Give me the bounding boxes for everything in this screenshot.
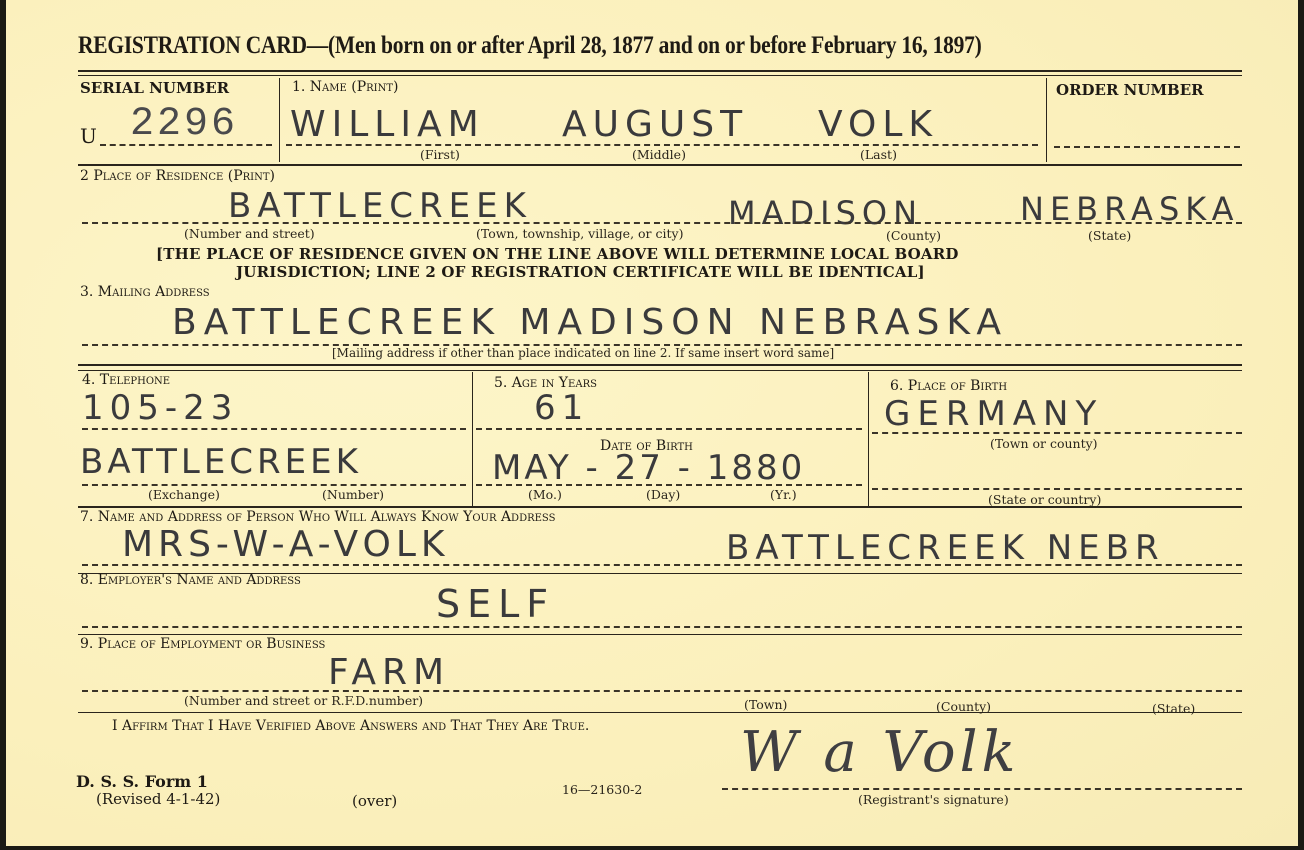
serial-number-label: SERIAL NUMBER	[80, 79, 229, 97]
rfd-caption: (Number and street or R.F.D.number)	[184, 693, 423, 708]
town-or-county-caption: (Town or county)	[990, 436, 1098, 451]
signature-line	[722, 788, 1242, 790]
divider	[78, 712, 1242, 713]
street-caption: (Number and street)	[184, 226, 315, 241]
county-caption: (County)	[886, 228, 941, 243]
divider	[78, 634, 1242, 635]
residence-notice-line2: JURISDICTION; LINE 2 OF REGISTRATION CER…	[236, 263, 925, 281]
age-value: 61	[534, 388, 589, 428]
employer-line	[82, 626, 1242, 628]
divider	[78, 70, 1242, 72]
divider	[1046, 78, 1047, 162]
affirmation-text: I Affirm That I Have Verified Above Answ…	[112, 718, 589, 734]
state-caption: (State)	[1088, 228, 1131, 243]
dob-value: MAY - 27 - 1880	[492, 448, 805, 488]
divider	[78, 370, 1242, 371]
signature-caption: (Registrant's signature)	[858, 792, 1009, 807]
contact-name-value: MRS-W-A-VOLK	[122, 524, 450, 565]
employment-place-label: 9. Place of Employment or Business	[80, 636, 325, 652]
registrant-signature: W a Volk	[740, 720, 1019, 785]
name-last-value: VOLK	[818, 104, 938, 145]
card-title: REGISTRATION CARD—(Men born on or after …	[78, 32, 981, 60]
employer-value: SELF	[436, 582, 555, 626]
serial-number-value: 2296	[130, 102, 238, 147]
divider	[78, 75, 1242, 76]
employment-place-line	[82, 690, 1242, 692]
name-line	[286, 144, 1038, 146]
town-caption: (Town, township, village, or city)	[476, 226, 683, 241]
number-caption: (Number)	[322, 487, 384, 502]
emp-town-caption: (Town)	[744, 697, 787, 712]
over-note: (over)	[352, 792, 397, 810]
order-number-label: ORDER NUMBER	[1056, 81, 1204, 99]
divider	[279, 78, 280, 162]
dob-line	[476, 484, 862, 486]
birthplace-town-value: GERMANY	[884, 394, 1103, 434]
residence-label: 2 Place of Residence (Print)	[80, 168, 275, 184]
divider	[868, 372, 869, 506]
residence-county-value: MADISON	[728, 194, 923, 232]
name-label: 1. Name (Print)	[292, 79, 399, 95]
residence-notice-line1: [THE PLACE OF RESIDENCE GIVEN ON THE LIN…	[156, 245, 959, 263]
last-caption: (Last)	[860, 147, 897, 162]
telephone-exchange-line	[82, 484, 466, 486]
name-middle-value: AUGUST	[562, 104, 748, 145]
mailing-caption: [Mailing address if other than place ind…	[332, 346, 834, 360]
serial-prefix: U	[80, 124, 97, 148]
form-revised: (Revised 4-1-42)	[96, 790, 220, 808]
day-caption: (Day)	[646, 487, 680, 502]
serial-number-line	[100, 144, 272, 146]
divider	[472, 372, 473, 506]
age-line	[476, 428, 862, 430]
telephone-number-line	[82, 428, 466, 430]
contact-line	[82, 564, 1242, 566]
divider	[78, 164, 1242, 166]
telephone-label: 4. Telephone	[82, 372, 170, 388]
employment-place-value: FARM	[328, 652, 450, 693]
name-first-value: WILLIAM	[290, 104, 485, 145]
mailing-value: BATTLECREEK MADISON NEBRASKA	[172, 302, 1008, 343]
month-caption: (Mo.)	[528, 487, 562, 502]
telephone-number-value: 105-23	[82, 388, 238, 428]
state-or-country-caption: (State or country)	[988, 492, 1101, 507]
contact-address-value: BATTLECREEK NEBR	[726, 528, 1165, 568]
mailing-label: 3. Mailing Address	[80, 284, 210, 300]
form-id: D. S. S. Form 1	[76, 772, 208, 791]
employer-label: 8. Employer's Name and Address	[80, 572, 301, 588]
divider	[78, 506, 1242, 508]
order-number-line	[1054, 146, 1240, 148]
registration-card: REGISTRATION CARD—(Men born on or after …	[6, 0, 1298, 846]
print-code: 16—21630-2	[562, 782, 642, 797]
divider	[78, 364, 1242, 366]
birthplace-label: 6. Place of Birth	[890, 378, 1007, 394]
contact-label: 7. Name and Address of Person Who Will A…	[80, 509, 555, 525]
emp-state-caption: (State)	[1152, 701, 1195, 716]
exchange-caption: (Exchange)	[148, 487, 220, 502]
residence-line	[82, 222, 1242, 224]
telephone-exchange-value: BATTLECREEK	[80, 442, 362, 482]
residence-town-value: BATTLECREEK	[228, 186, 532, 226]
first-caption: (First)	[420, 147, 460, 162]
birthplace-state-line	[872, 488, 1242, 490]
year-caption: (Yr.)	[770, 487, 797, 502]
middle-caption: (Middle)	[632, 147, 686, 162]
birthplace-town-line	[872, 432, 1242, 434]
